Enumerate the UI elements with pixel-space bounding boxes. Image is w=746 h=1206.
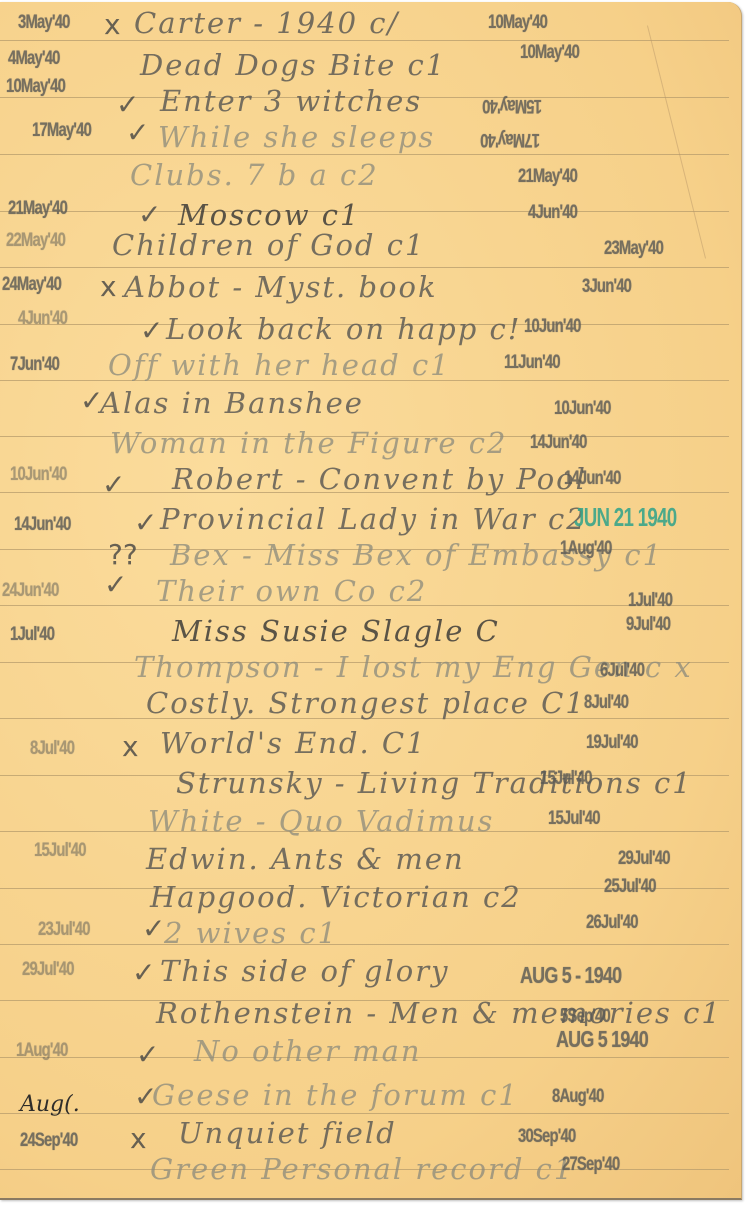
date-stamp: 30Sep'40 xyxy=(518,1126,575,1148)
check-mark: ✓ xyxy=(132,956,155,989)
date-stamp: 9Jul'40 xyxy=(626,614,670,636)
date-stamp: 10May'40 xyxy=(6,76,65,98)
book-entry: Edwin. Ants & men xyxy=(146,842,465,876)
date-stamp: 22May'40 xyxy=(6,230,65,252)
book-entry: Abbot - Myst. book xyxy=(124,270,438,304)
date-stamp: 5Sep'40 xyxy=(560,1006,610,1028)
date-stamp: 10May'40 xyxy=(520,42,579,64)
x-mark: x xyxy=(130,1122,147,1155)
date-stamp: 14Jun'40 xyxy=(530,432,587,454)
ruled-line xyxy=(0,211,729,212)
book-entry: Clubs. 7 b a c2 xyxy=(130,158,379,192)
date-stamp: 4May'40 xyxy=(8,48,60,70)
date-stamp: 7Jun'40 xyxy=(10,354,59,376)
date-stamp: 15May'40 xyxy=(483,94,542,116)
received-stamp-green: JUN 21 1940 xyxy=(574,502,676,533)
date-stamp: 4Jun'40 xyxy=(18,308,67,330)
date-stamp: 23Jul'40 xyxy=(38,919,90,941)
date-stamp: 1Aug'40 xyxy=(16,1040,68,1062)
date-stamp: 10May'40 xyxy=(488,12,547,34)
book-entry: No other man xyxy=(194,1034,422,1068)
check-mark: ✓ xyxy=(142,912,165,945)
date-stamp: 25Jul'40 xyxy=(604,876,656,898)
ruled-line xyxy=(0,267,729,268)
x-mark: x xyxy=(122,730,139,763)
x-mark: x xyxy=(100,270,117,303)
date-stamp: 23May'40 xyxy=(604,238,663,260)
date-stamp: 3May'40 xyxy=(18,12,70,34)
book-entry: 2 wives c1 xyxy=(164,916,338,950)
date-stamp: 17May'40 xyxy=(32,120,91,142)
date-stamp: 15Jul'40 xyxy=(34,840,86,862)
book-entry: This side of glory xyxy=(160,954,449,988)
date-stamp: 14Jun'40 xyxy=(14,514,71,536)
date-stamp: 27Sep'40 xyxy=(562,1154,619,1176)
date-stamp: 29Jul'40 xyxy=(618,848,670,870)
date-stamp: 10Jun'40 xyxy=(10,464,67,486)
date-stamp: 8Jul'40 xyxy=(30,738,74,760)
date-stamp: 4Jun'40 xyxy=(528,202,577,224)
card-crease xyxy=(647,25,706,258)
book-entry: Woman in the Figure c2 xyxy=(110,426,507,460)
date-stamp: 17May'40 xyxy=(481,128,540,150)
received-stamp: AUG 5 - 1940 xyxy=(520,962,621,989)
book-entry: Moscow c1 xyxy=(178,198,360,232)
date-stamp: 1Jul'40 xyxy=(628,590,672,612)
date-stamp: 21May'40 xyxy=(8,198,67,220)
date-stamp: 24Sep'40 xyxy=(20,1130,77,1152)
date-stamp: 14Jun'40 xyxy=(564,468,621,490)
book-entry: Unquiet field xyxy=(178,1116,397,1150)
book-entry: Off with her head c1 xyxy=(108,348,451,382)
book-entry: Miss Susie Slagle C xyxy=(172,614,500,648)
date-stamp: 29Jul'40 xyxy=(22,959,74,981)
book-entry: Look back on happ c! xyxy=(166,312,521,346)
check-mark: ✓ xyxy=(140,314,163,347)
check-mark: ✓ xyxy=(138,198,161,231)
check-mark: ✓ xyxy=(102,468,125,501)
date-stamp: 10Jun'40 xyxy=(524,316,581,338)
date-stamp: 8Aug'40 xyxy=(552,1086,604,1108)
date-stamp: 24Jun'40 xyxy=(2,580,59,602)
date-stamp: 26Jul'40 xyxy=(586,912,638,934)
book-entry: Green Personal record c1 xyxy=(150,1152,574,1186)
ruled-line xyxy=(0,944,729,945)
date-stamp: 6Jul'40 xyxy=(600,660,644,682)
ruled-line xyxy=(0,154,729,155)
check-mark: ✓ xyxy=(126,116,149,149)
book-entry: Costly. Strongest place C1 xyxy=(146,686,586,720)
book-entry: Strunsky - Living Traditions c1 xyxy=(176,766,693,800)
book-entry: Robert - Convent by Pool xyxy=(172,462,587,496)
book-entry: Children of God c1 xyxy=(112,228,425,262)
book-entry: Alas in Banshee xyxy=(100,386,364,420)
book-entry: While she sleeps xyxy=(158,120,435,154)
margin-note: Aug(. xyxy=(20,1092,80,1117)
date-stamp: 1Jul'40 xyxy=(10,624,54,646)
ruled-line xyxy=(0,1113,729,1114)
book-entry: World's End. C1 xyxy=(160,726,427,760)
date-stamp: 8Jul'40 xyxy=(584,692,628,714)
book-entry: Their own Co c2 xyxy=(156,574,427,608)
book-entry: Enter 3 witches xyxy=(160,84,422,118)
book-entry: Hapgood. Victorian c2 xyxy=(150,880,522,914)
date-stamp: 15Jul'40 xyxy=(548,808,600,830)
date-stamp: 24May'40 xyxy=(2,274,61,296)
date-stamp: 1Aug'40 xyxy=(560,538,612,560)
date-stamp: 11Jun'40 xyxy=(504,352,560,374)
library-card: 3May'40 4May'40 10May'40 17May'40 21May'… xyxy=(0,2,742,1200)
date-stamp: 19Jul'40 xyxy=(586,732,638,754)
check-mark: ✓ xyxy=(134,506,157,539)
date-stamp: 15Jul'40 xyxy=(540,768,592,790)
book-entry: Geese in the forum c1 xyxy=(152,1078,519,1112)
book-entry: Rothenstein - Men & memories c1 xyxy=(156,996,722,1030)
received-stamp: AUG 5 1940 xyxy=(556,1026,648,1053)
date-stamp: 10Jun'40 xyxy=(554,398,611,420)
book-entry: Provincial Lady in War c2 xyxy=(160,502,587,536)
book-entry: Dead Dogs Bite c1 xyxy=(140,48,446,82)
book-entry: Carter - 1940 c/ xyxy=(134,6,399,40)
date-stamp: 3Jun'40 xyxy=(582,276,631,298)
question-mark: ?? xyxy=(108,538,138,571)
x-mark: x xyxy=(104,8,121,41)
date-stamp: 21May'40 xyxy=(518,166,577,188)
check-mark: ✓ xyxy=(104,568,127,601)
book-entry: White - Quo Vadimus xyxy=(148,804,494,838)
check-mark: ✓ xyxy=(136,1038,159,1071)
